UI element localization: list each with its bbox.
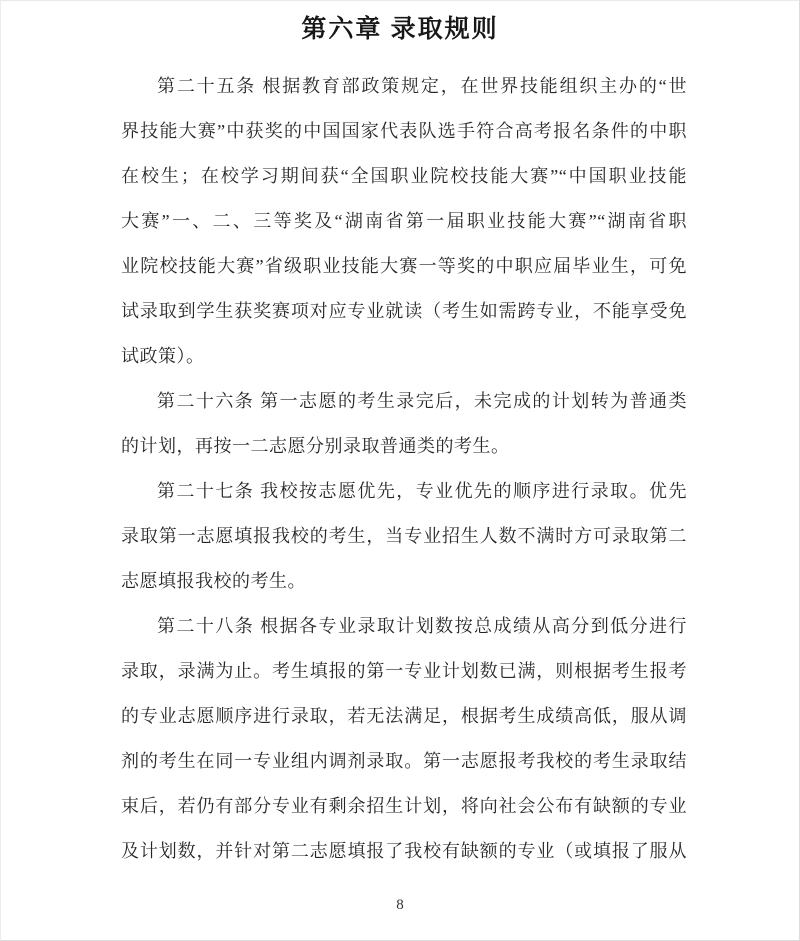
text-line: 录取第一志愿填报我校的考生，当专业招生人数不满时方可录取第二 (121, 514, 687, 559)
text-line: 试政策）。 (121, 334, 687, 379)
text-line: 录取，录满为止。考生填报的第一专业计划数已满，则根据考生报考 (121, 649, 687, 694)
text-line: 在校生；在校学习期间获“全国职业院校技能大赛”“中国职业技能 (121, 154, 687, 199)
paragraph-article-27: 第二十七条 我校按志愿优先，专业优先的顺序进行录取。优先录取第一志愿填报我校的考… (121, 469, 687, 604)
text-line: 剂的考生在同一专业组内调剂录取。第一志愿报考我校的考生录取结 (121, 739, 687, 784)
text-line: 第二十六条 第一志愿的考生录完后，未完成的计划转为普通类 (121, 379, 687, 424)
chapter-title: 第六章 录取规则 (1, 13, 799, 47)
paragraph-article-26: 第二十六条 第一志愿的考生录完后，未完成的计划转为普通类的计划，再按一二志愿分别… (121, 379, 687, 469)
text-line: 大赛”一、二、三等奖及“湖南省第一届职业技能大赛”“湖南省职 (121, 199, 687, 244)
text-line: 试录取到学生获奖赛项对应专业就读（考生如需跨专业，不能享受免 (121, 289, 687, 334)
document-body: 第二十五条 根据教育部政策规定，在世界技能组织主办的“世界技能大赛”中获奖的中国… (121, 64, 687, 874)
text-line: 第二十八条 根据各专业录取计划数按总成绩从高分到低分进行 (121, 604, 687, 649)
text-line: 业院校技能大赛”省级职业技能大赛一等奖的中职应届毕业生，可免 (121, 244, 687, 289)
text-line: 第二十五条 根据教育部政策规定，在世界技能组织主办的“世 (121, 64, 687, 109)
text-line: 第二十七条 我校按志愿优先，专业优先的顺序进行录取。优先 (121, 469, 687, 514)
document-page: 第六章 录取规则 第二十五条 根据教育部政策规定，在世界技能组织主办的“世界技能… (0, 0, 800, 941)
text-line: 及计划数，并针对第二志愿填报了我校有缺额的专业（或填报了服从 (121, 829, 687, 874)
text-line: 志愿填报我校的考生。 (121, 559, 687, 604)
paragraph-article-28: 第二十八条 根据各专业录取计划数按总成绩从高分到低分进行录取，录满为止。考生填报… (121, 604, 687, 874)
paragraph-article-25: 第二十五条 根据教育部政策规定，在世界技能组织主办的“世界技能大赛”中获奖的中国… (121, 64, 687, 379)
page-number: 8 (1, 897, 799, 914)
text-line: 束后，若仍有部分专业有剩余招生计划，将向社会公布有缺额的专业 (121, 784, 687, 829)
text-line: 界技能大赛”中获奖的中国国家代表队选手符合高考报名条件的中职 (121, 109, 687, 154)
text-line: 的专业志愿顺序进行录取，若无法满足，根据考生成绩高低，服从调 (121, 694, 687, 739)
text-line: 的计划，再按一二志愿分别录取普通类的考生。 (121, 424, 687, 469)
